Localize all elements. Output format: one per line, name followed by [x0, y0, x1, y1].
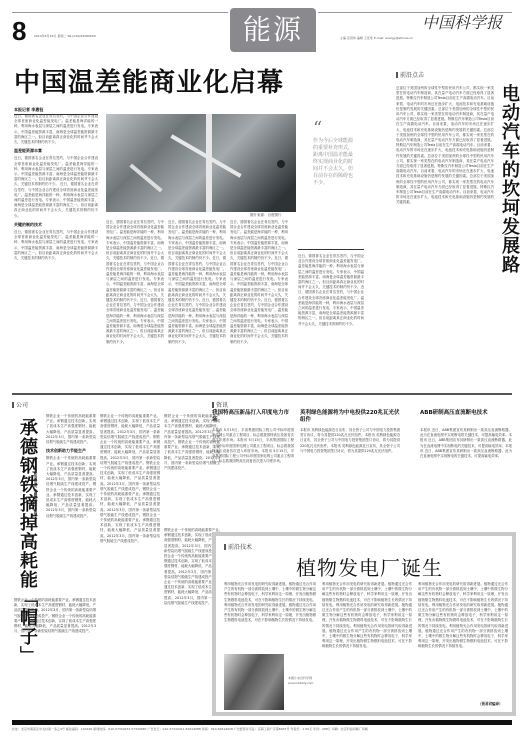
- news-body-1: 本报讯 5月15日，平高集团国际工程公司中标印度国家电网公司重点工程项目，标志着…: [212, 428, 294, 520]
- news-headline-3: ABB研制高压直流断电技术: [420, 410, 512, 417]
- company-column-1b: 钢铁企业一个传统的高耗能重要产业。承钢通过技术创新，实现了低成本生产高强度钢材，…: [14, 598, 96, 698]
- lead-body-cont: 近日，德国著名企业在青岛签约，与中国企业合作建设全球首座商业化温差能发电厂。温差…: [168, 220, 226, 260]
- editor-credits: 主编 张思玮 编辑 王佳雯 E-mail: energy@stimes.cn: [340, 36, 413, 40]
- lead-column-3: 近日，德国著名企业在青岛签约，与中国企业合作建设全球首座商业化温差能发电厂。温差…: [168, 220, 226, 386]
- lead-body-cont: 近日，德国著名企业在青岛签约，与中国企业合作建设全球首座商业化温差能发电厂。温差…: [230, 298, 288, 344]
- company-body: 钢铁企业一个传统的高耗能重要产业。承钢通过技术创新，实现了低成本生产高强度钢材，…: [46, 456, 96, 486]
- frontier-column-3: 利用植物光合作用发电的研究取得新进展。植物通过光合作用产生的有机物一部分被排放到…: [418, 582, 508, 702]
- company-column-1: 钢铁企业一个传统的高耗能重要产业。承钢通过技术创新，实现了低成本生产高强度钢材，…: [46, 414, 96, 594]
- lead-column-4: 近日，德国著名企业在青岛签约，与中国企业合作建设全球首座商业化温差能发电厂。温差…: [230, 220, 288, 386]
- diver-illustration-icon: [106, 114, 296, 212]
- company-body: 钢铁企业一个传统的高耗能重要产业。承钢通过技术创新，实现了低成本生产高强度钢材，…: [46, 482, 96, 517]
- lead-body-cont: 近日，德国著名企业在青岛签约，与中国企业合作建设全球首座商业化温差能发电厂。温差…: [106, 298, 164, 344]
- frontier-tech-box: 前沿技术 植物发电厂诞生 利用植物光合作用发电的研究取得新进展。植物通过光合作用…: [212, 532, 516, 716]
- lead-body-cont: 近日，德国著名企业在青岛签约，与中国企业合作建设全球首座商业化温差能发电厂。温差…: [14, 182, 98, 217]
- dateline: 2013年6月18日 星期二 Tel:(010)62580699: [34, 34, 96, 38]
- news-body-text: 本报讯 近日，ABB集团宣布其研制出一款高压直流断路器，此为在直流电网中实现断电…: [420, 428, 512, 437]
- news-section-label: 资讯: [212, 400, 228, 409]
- pull-quote: “ 作为今后全球能源的重要补充形式，距离中国温差能最终实现商业化的时间并不会太久…: [313, 120, 355, 187]
- frontier-headline: 植物发电厂诞生: [296, 552, 443, 581]
- news-body-3: 本报讯 近日，ABB集团宣布其研制出一款高压直流断路器，此为在直流电网中实现断电…: [420, 428, 512, 520]
- company-column-2: 钢铁企业一个传统的高耗能重要产业。承钢通过技术创新，实现了低成本生产高强度钢材，…: [100, 414, 160, 698]
- lead-body-cont: 近日，德国著名企业在青岛签约，与中国企业合作建设全球首座商业化温差能发电厂。温差…: [230, 256, 288, 302]
- lead-body-cont: 近日，德国著名企业在青岛签约，与中国企业合作建设全球首座商业化温差能发电厂。温差…: [106, 220, 164, 260]
- quote-divider: [298, 249, 364, 250]
- lead-column-2: 近日，德国著名企业在青岛签约，与中国企业合作建设全球首座商业化温差能发电厂。温差…: [106, 220, 164, 386]
- lead-headline: 中国温差能商业化启幕: [14, 62, 284, 99]
- company-subheading: 技术创新助力节能生产: [46, 448, 96, 453]
- company-body: 钢铁企业一个传统的高耗能重要产业。承钢通过技术创新，实现了低成本生产高强度钢材，…: [100, 513, 160, 543]
- frontier-signoff: （贾君君编译）: [478, 702, 503, 707]
- quote-mark-icon: “: [313, 120, 355, 138]
- news-headline-1: 我国特高压新品打入印度电力市场: [212, 410, 294, 424]
- section-tab: 能源: [230, 8, 316, 52]
- lead-body-cont: 近日，德国著名企业在青岛签约，与中国企业合作建设全球首座商业化温差能发电厂。温差…: [168, 256, 226, 302]
- lead-body-cont: 近日，德国著名企业在青岛签约，与中国企业合作建设全球首座商业化温差能发电厂。温差…: [106, 256, 164, 302]
- lead-body: 近日，德国著名企业在青岛签约，与中国企业合作建设全球首座商业化温差能发电厂。温差…: [14, 114, 98, 144]
- frontier-photo-caption: 本图片来自科学网 sciencedaily.com: [288, 676, 316, 685]
- frontier-body: 利用植物光合作用发电的研究取得新进展。植物通过光合作用产生的有机物一部分被排放到…: [224, 603, 316, 623]
- lead-body-cont: 近日，德国著名企业在青岛签约，与中国企业合作建设全球首座商业化温差能发电厂。温差…: [298, 254, 364, 289]
- frontier-photo-scientist: [224, 654, 284, 710]
- lead-body-cont: 近日，德国著名企业在青岛签约，与中国企业合作建设全球首座商业化温差能发电厂。温差…: [168, 298, 226, 344]
- commentary-text: 总部位于美国加州的全球性中型的民用汽车公司，都实现一家类型在的电动汽车制造商，其…: [396, 86, 494, 386]
- section-divider: [12, 393, 512, 395]
- frontier-column-1: 利用植物光合作用发电的研究取得新进展。植物通过光合作用产生的有机物一部分被排放到…: [224, 582, 316, 650]
- header-rule-left: [12, 12, 228, 13]
- lead-body-cont: 近日，德国著名企业在青岛签约，与中国企业合作建设全球首座商业化温差能发电厂。温差…: [298, 285, 364, 325]
- footer-info: 社址：北京市海淀区中关村南一条乙3号 邮政编码：100190 新闻热线：010-…: [12, 727, 368, 731]
- company-body: 钢铁企业一个传统的高耗能重要产业。承钢通过技术创新，实现了低成本生产高强度钢材，…: [46, 414, 96, 444]
- commentary-vertical-title: 电动汽车的坎坷发展路: [496, 84, 522, 334]
- masthead-logo: 中国科学报: [422, 10, 502, 33]
- photo-caption: 图片来源：百度图片: [250, 213, 282, 218]
- lead-body-cont: 近日，德国著名企业在青岛签约，与中国企业合作建设全球首座商业化温差能发电厂。温差…: [230, 220, 288, 260]
- lead-column-5: 近日，德国著名企业在青岛签约，与中国企业合作建设全球首座商业化温差能发电厂。温差…: [298, 254, 364, 386]
- news-body-2: 本报讯 英利绿色能源近日宣布，其全资子公司与中国电力投资集团签订协议，将为其提供…: [300, 428, 400, 520]
- news-headline-2: 英利绿色能源将为中电投供220兆瓦光伏组件: [300, 410, 400, 424]
- frontier-body: 利用植物光合作用发电的研究取得新进展。植物通过光合作用产生的有机物一部分被排放到…: [224, 582, 316, 602]
- pull-quote-text: 作为今后全球能源的重要补充形式，距离中国温差能最终实现商业化的时间并不会太久，但…: [313, 138, 355, 187]
- lead-subheading-1: 温差能资源丰富: [14, 148, 98, 153]
- footer-bar: [12, 720, 512, 725]
- commentary-body: 总部位于美国加州的全球性中型的民用汽车公司，都实现一家类型在的电动汽车制造商，其…: [396, 174, 494, 204]
- company-body: 钢铁企业一个传统的高耗能重要产业。承钢通过技术创新，实现了低成本生产高强度钢材，…: [100, 414, 160, 439]
- frontier-section-label: 前沿技术: [224, 542, 252, 551]
- lead-body-cont: 近日，德国著名企业在青岛签约，与中国企业合作建设全球首座商业化温差能发电厂。温差…: [14, 230, 98, 260]
- frontier-column-2: 利用植物光合作用发电的研究取得新进展。植物通过光合作用产生的有机物一部分被排放到…: [322, 582, 412, 712]
- lead-photo-diver: [106, 114, 296, 212]
- company-section-label: 公司: [12, 400, 28, 409]
- lead-column-1: 近日，德国著名企业在青岛签约，与中国企业合作建设全球首座商业化温差能发电厂。温差…: [14, 114, 98, 386]
- lead-subheading-2: 关键的制约技术: [14, 222, 98, 227]
- company-byline: 本报通讯员 李鹏程 记者 张楠: [34, 470, 39, 516]
- commentary-section-label: 前沿点击: [396, 70, 424, 79]
- page-number: 8: [12, 18, 26, 44]
